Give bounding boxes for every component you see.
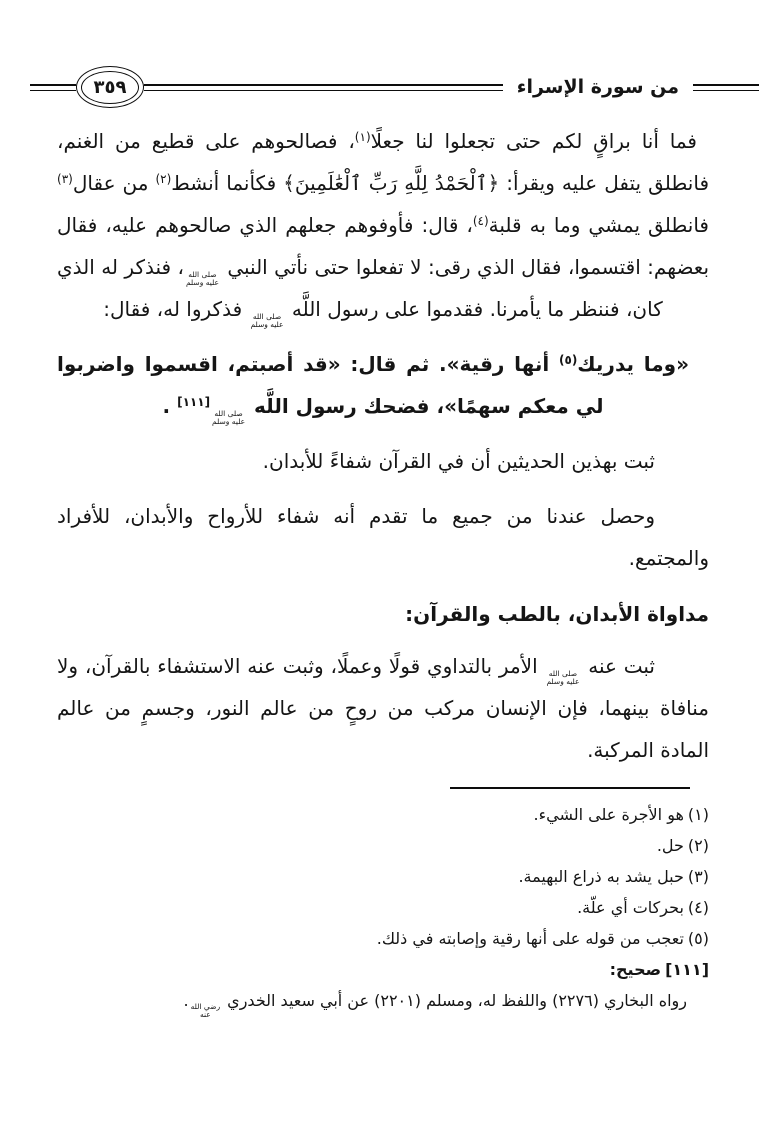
footnote: [١١١]صحيح: [57,954,709,985]
footnote-marker: [١١١] [665,960,709,979]
header-rule-left [30,84,76,91]
page-header: من سورة الإسراء ٣٥٩ [0,64,765,110]
footnote: (٤)بحركات أي علّة. [57,892,709,923]
footnote-ref: (٢) [155,172,171,186]
footnote: (٥)تعجب من قوله على أنها رقية وإصابته في… [57,923,709,954]
paragraph: فما أنا براقٍ لكم حتى تجعلوا لنا جعلًا(١… [57,120,709,330]
footnote: رواه البخاري (٢٢٧٦) واللفظ له، ومسلم (٢٢… [57,985,709,1019]
paragraph: وحصل عندنا من جميع ما تقدم أنه شفاء للأر… [57,495,709,579]
footnote: (٢)حل. [57,830,709,861]
page-number-oval: ٣٥٩ [76,66,144,108]
page-number: ٣٥٩ [81,71,139,104]
header-rule-main [144,84,503,91]
footnote-marker: (١) [688,805,709,824]
quran-verse: ﴿ٱلْحَمْدُ لِلَّهِ رَبِّ ٱلْعَٰلَمِينَ﴾ [283,171,499,195]
footnote-ref: (١) [355,130,371,144]
footnotes: (١)هو الأجرة على الشيء.(٢)حل.(٣)حبل يشد … [0,799,765,1019]
footnote: (١)هو الأجرة على الشيء. [57,799,709,830]
footnote-marker: (٣) [688,867,709,886]
section-title: من سورة الإسراء [517,76,679,98]
paragraph: ثبت عنه صلى اللهعليه وسلم الأمر بالتداوي… [57,645,709,771]
footnote-ref: [١١١] [177,395,210,409]
footnote-ref: (٣) [57,172,73,186]
saw-honorific: صلى اللهعليه وسلم [251,313,284,329]
saw-honorific: صلى اللهعليه وسلم [546,670,579,686]
header-rule-right [693,84,759,91]
footnote-marker: (٤) [688,898,709,917]
body-text: فما أنا براقٍ لكم حتى تجعلوا لنا جعلًا(١… [0,110,765,771]
footnote-marker: (٥) [688,929,709,948]
book-page: من سورة الإسراء ٣٥٩ فما أنا براقٍ لكم حت… [0,0,765,1126]
raa-honorific: رضي اللهعنه [191,1003,221,1019]
footnote-separator [450,787,690,789]
footnote-ref: (٥) [559,353,577,367]
footnote-marker: (٢) [688,836,709,855]
footnote: (٣)حبل يشد به ذراع البهيمة. [57,861,709,892]
paragraph: ثبت بهذين الحديثين أن في القرآن شفاءً لل… [57,440,709,482]
section-heading: مداواة الأبدان، بالطب والقرآن: [57,593,709,635]
paragraph: «وما يدريك(٥) أنها رقية». ثم قال: «قد أص… [57,343,709,427]
footnote-ref: (٤) [473,214,489,228]
saw-honorific: صلى اللهعليه وسلم [212,410,245,426]
saw-honorific: صلى اللهعليه وسلم [186,271,219,287]
